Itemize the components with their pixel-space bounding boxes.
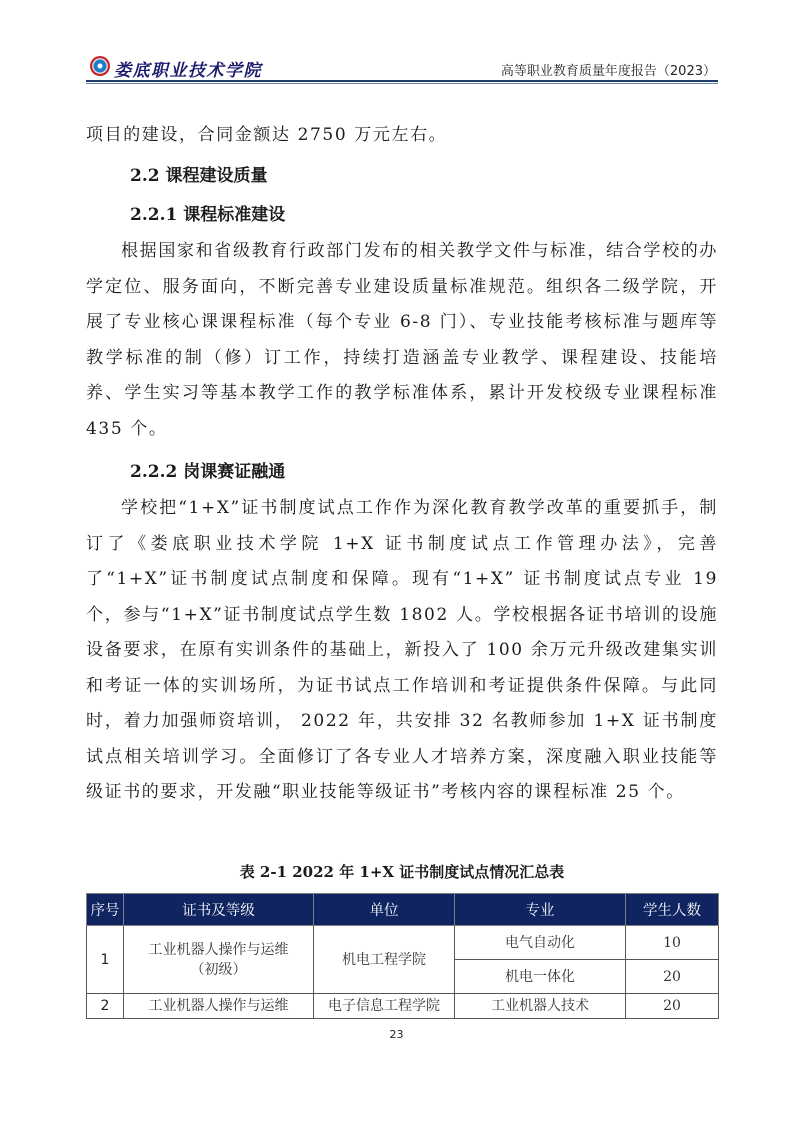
table-row: 2 工业机器人操作与运维 电子信息工程学院 工业机器人技术 20 [87,994,719,1019]
column-header-student-count: 学生人数 [626,894,719,926]
page-number: 23 [0,1028,793,1041]
section-heading-2-2: 2.2 课程建设质量 [130,165,268,187]
certificate-name: 工业机器人操作与运维 [124,940,313,960]
cell-student-count: 20 [626,960,719,994]
column-header-certificate: 证书及等级 [124,894,314,926]
report-title: 高等职业教育质量年度报告（2023） [501,60,716,79]
table-caption: 表 2-1 2022 年 1+X 证书制度试点情况汇总表 [86,861,718,882]
cell-unit: 电子信息工程学院 [314,994,455,1019]
cell-seq: 2 [87,994,124,1019]
school-name: 娄底职业技术学院 [114,56,262,81]
page-header: 娄底职业技术学院 高等职业教育质量年度报告（2023） [86,52,718,82]
cell-certificate: 工业机器人操作与运维 [124,994,314,1019]
certificate-pilot-table: 序号 证书及等级 单位 专业 学生人数 1 工业机器人操作与运维 （初级） 机电… [86,893,719,1019]
cell-student-count: 10 [626,926,719,960]
cell-student-count: 20 [626,994,719,1019]
cell-major: 机电一体化 [455,960,626,994]
table-header-row: 序号 证书及等级 单位 专业 学生人数 [87,894,719,926]
column-header-unit: 单位 [314,894,455,926]
paragraph-course-standards: 根据国家和省级教育行政部门发布的相关教学文件与标准，结合学校的办学定位、服务面向… [86,234,718,447]
cell-major: 工业机器人技术 [455,994,626,1019]
cell-major: 电气自动化 [455,926,626,960]
paragraph-post-course-integration: 学校把“1+X”证书制度试点工作作为深化教育教学改革的重要抓手，制订了《娄底职业… [86,491,718,811]
header-divider [86,80,718,82]
section-heading-2-2-2: 2.2.2 岗课赛证融通 [130,461,285,483]
cell-certificate: 工业机器人操作与运维 （初级） [124,926,314,994]
cell-seq: 1 [87,926,124,994]
table-row: 1 工业机器人操作与运维 （初级） 机电工程学院 电气自动化 10 [87,926,719,960]
column-header-seq: 序号 [87,894,124,926]
cell-unit: 机电工程学院 [314,926,455,994]
section-heading-2-2-1: 2.2.1 课程标准建设 [130,204,285,226]
certificate-level: （初级） [124,960,313,980]
school-emblem-icon [90,56,110,76]
intro-line: 项目的建设，合同金额达 2750 万元左右。 [86,118,718,154]
column-header-major: 专业 [455,894,626,926]
header-divider-thin [86,83,718,84]
